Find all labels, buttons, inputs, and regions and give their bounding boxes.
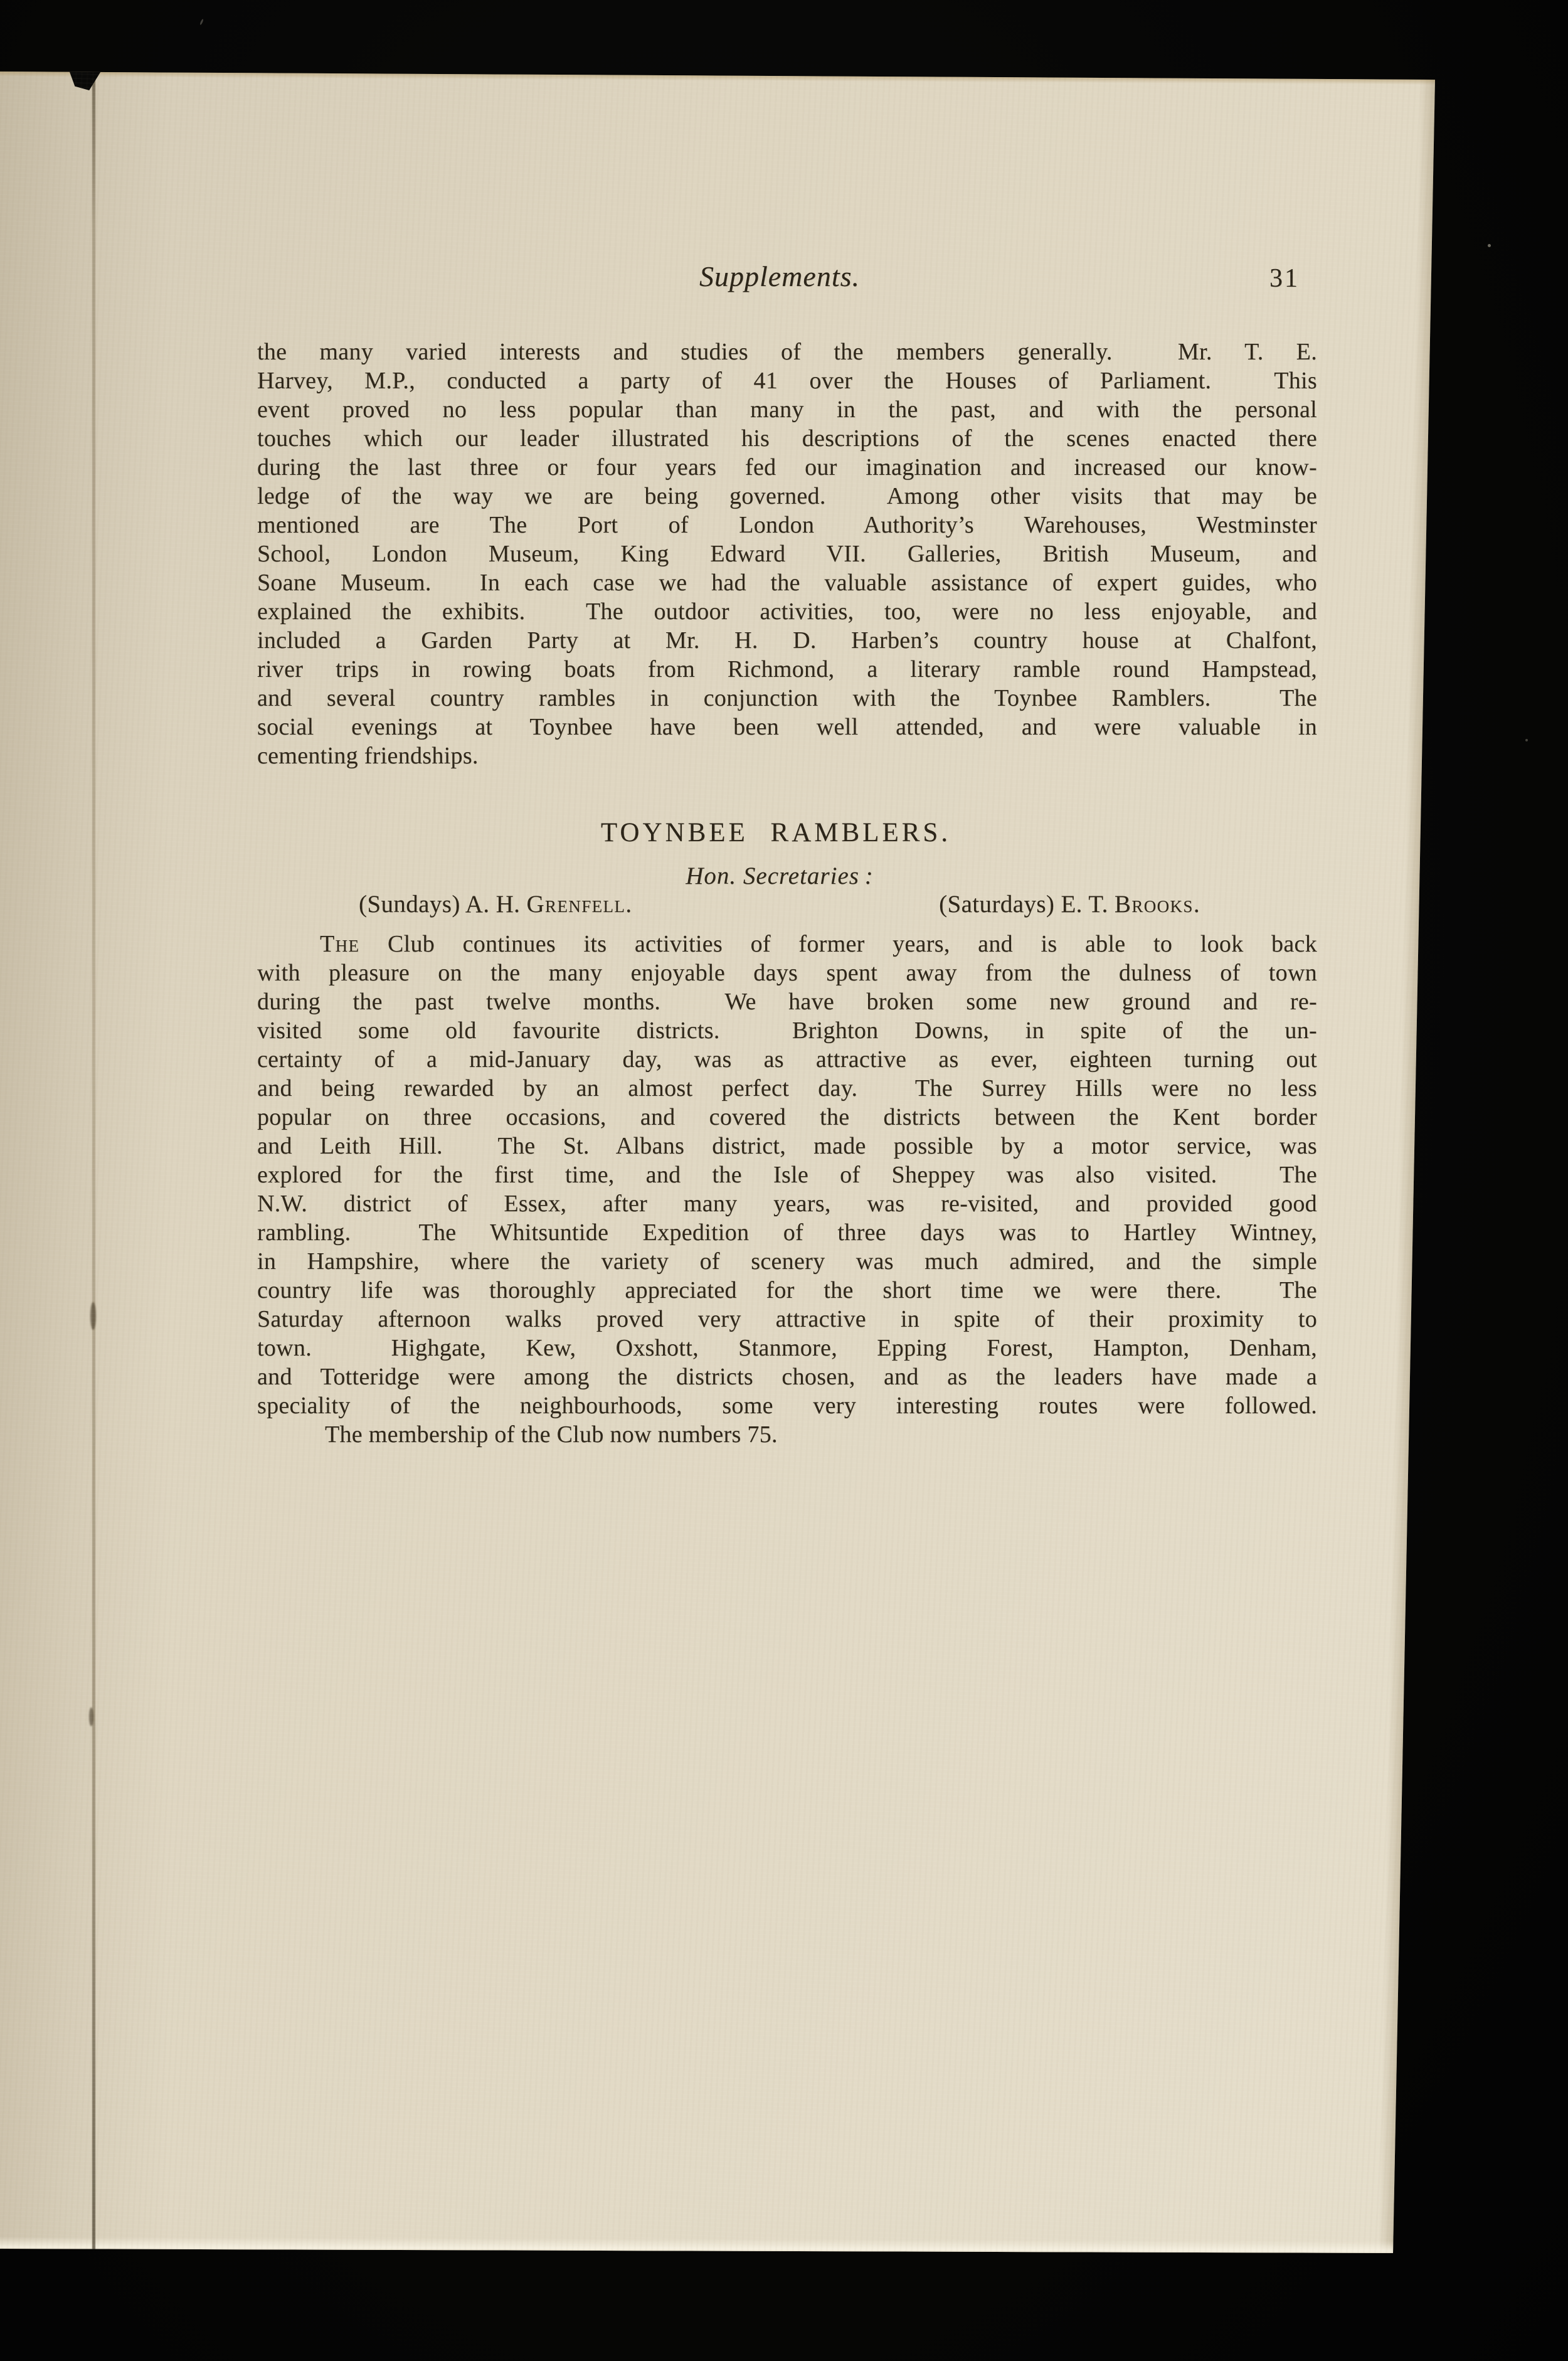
- secretary-label: (Saturdays) E. T.: [939, 891, 1115, 918]
- text-line: event proved no less popular than many i…: [257, 395, 1317, 424]
- text-line: in Hampshire, where the variety of scene…: [257, 1247, 1317, 1276]
- text-line: Harvey, M.P., conducted a party of 41 ov…: [257, 366, 1317, 395]
- text-line: popular on three occasions, and covered …: [257, 1103, 1317, 1132]
- dust-speck: [199, 19, 204, 25]
- scan-background: { "header": { "title": "Supplements.", "…: [0, 0, 1568, 2361]
- page-header: Supplements. 31: [257, 260, 1317, 293]
- section-heading: TOYNBEE RAMBLERS.: [246, 817, 1306, 848]
- text-line: cementing friendships.: [257, 741, 1317, 770]
- text-line: with pleasure on the many enjoyable days…: [257, 958, 1317, 987]
- secretary-label: (Sundays) A. H.: [359, 891, 526, 918]
- page-gutter-crease: [92, 72, 95, 2251]
- text-line: during the past twelve months. We have b…: [257, 987, 1317, 1016]
- secretary-name: Brooks.: [1115, 891, 1200, 918]
- text-line: touches which our leader illustrated his…: [257, 424, 1317, 453]
- paragraph-2: The Club continues its activities of for…: [257, 930, 1317, 1449]
- text-line: and Totteridge were among the districts …: [257, 1362, 1317, 1391]
- text-line: N.W. district of Essex, after many years…: [257, 1189, 1317, 1218]
- text-line: and several country rambles in conjuncti…: [257, 684, 1317, 713]
- text-line: included a Garden Party at Mr. H. D. Har…: [257, 626, 1317, 655]
- text-line: town. Highgate, Kew, Oxshott, Stanmore, …: [257, 1334, 1317, 1362]
- page-right-edge: [1378, 75, 1436, 2258]
- page-corner-notch: [69, 70, 102, 90]
- secretaries-line: (Sundays) A. H. Grenfell. (Saturdays) E.…: [257, 890, 1317, 918]
- page-bottom-edge: [0, 2237, 1396, 2258]
- text-line: The membership of the Club now numbers 7…: [257, 1420, 1317, 1449]
- secretary-sundays: (Sundays) A. H. Grenfell.: [359, 890, 633, 918]
- text-line: rambling. The Whitsuntide Expedition of …: [257, 1218, 1317, 1247]
- book-page: Supplements. 31 the many varied interest…: [0, 0, 1568, 2361]
- page-number: 31: [1269, 263, 1300, 294]
- text-line: visited some old favourite districts. Br…: [257, 1016, 1317, 1045]
- text-line: Soane Museum. In each case we had the va…: [257, 568, 1317, 597]
- text-line: ledge of the way we are being governed. …: [257, 482, 1317, 511]
- text-line: certainty of a mid-January day, was as a…: [257, 1045, 1317, 1074]
- secretary-saturdays: (Saturdays) E. T. Brooks.: [939, 890, 1200, 918]
- text-line: explored for the first time, and the Isl…: [257, 1160, 1317, 1189]
- paragraph-1: the many varied interests and studies of…: [257, 337, 1317, 770]
- text-line: explained the exhibits. The outdoor acti…: [257, 597, 1317, 626]
- text-line: The Club continues its activities of for…: [257, 930, 1317, 958]
- text-line: speciality of the neighbourhoods, some v…: [257, 1391, 1317, 1420]
- text-line: and being rewarded by an almost perfect …: [257, 1074, 1317, 1103]
- ink-speck: [89, 1707, 93, 1726]
- section-subheading: Hon. Secretaries :: [250, 862, 1310, 890]
- text-line: during the last three or four years fed …: [257, 453, 1317, 482]
- page-top-edge: [0, 71, 1436, 85]
- ink-speck: [90, 1302, 96, 1330]
- text-line: mentioned are The Port of London Authori…: [257, 511, 1317, 539]
- text-line: Saturday afternoon walks proved very att…: [257, 1305, 1317, 1334]
- text-line: country life was thoroughly appreciated …: [257, 1276, 1317, 1305]
- dust-speck: [1488, 244, 1491, 247]
- text-line: and Leith Hill. The St. Albans district,…: [257, 1132, 1317, 1160]
- running-title: Supplements.: [699, 260, 860, 292]
- text-line: social evenings at Toynbee have been wel…: [257, 713, 1317, 741]
- dust-speck: [1525, 739, 1528, 741]
- text-line: School, London Museum, King Edward VII. …: [257, 539, 1317, 568]
- secretary-name: Grenfell.: [526, 891, 632, 918]
- text-line: river trips in rowing boats from Richmon…: [257, 655, 1317, 684]
- text-line: the many varied interests and studies of…: [257, 337, 1317, 366]
